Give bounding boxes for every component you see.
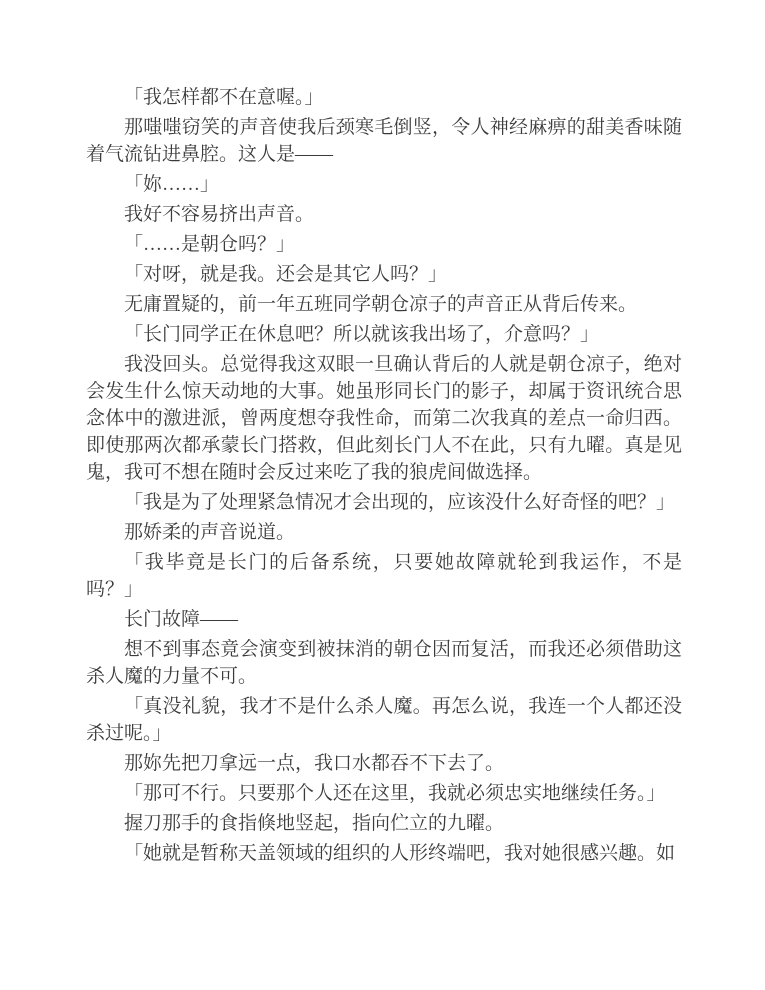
- paragraph: 「……是朝仓吗？」: [86, 231, 682, 258]
- paragraph: 无庸置疑的，前一年五班同学朝仓凉子的声音正从背后传来。: [86, 291, 682, 318]
- paragraph: 那娇柔的声音说道。: [86, 519, 682, 546]
- paragraph: 「那可不行。只要那个人还在这里，我就必须忠实地继续任务。」: [86, 780, 682, 807]
- paragraph: 那嗤嗤窃笑的声音使我后颈寒毛倒竖，令人神经麻痹的甜美香味随着气流钻进鼻腔。这人是…: [86, 114, 682, 168]
- paragraph: 「我是为了处理紧急情况才会出现的，应该没什么好奇怪的吧？」: [86, 489, 682, 516]
- paragraph: 「她就是暂称天盖领域的组织的人形终端吧，我对她很感兴趣。如: [86, 840, 682, 867]
- paragraph: 我没回头。总觉得我这双眼一旦确认背后的人就是朝仓凉子，绝对会发生什么惊天动地的大…: [86, 351, 682, 486]
- novel-page: 「我怎样都不在意喔。」 那嗤嗤窃笑的声音使我后颈寒毛倒竖，令人神经麻痹的甜美香味…: [0, 0, 765, 990]
- paragraph: 「真没礼貌，我才不是什么杀人魔。再怎么说，我连一个人都还没杀过呢。」: [86, 693, 682, 747]
- paragraph: 「长门同学正在休息吧？所以就该我出场了，介意吗？」: [86, 321, 682, 348]
- paragraph: 长门故障——: [86, 606, 682, 633]
- paragraph: 「妳……」: [86, 171, 682, 198]
- paragraph: 「我毕竟是长门的后备系统，只要她故障就轮到我运作，不是吗？」: [86, 549, 682, 603]
- paragraph: 那妳先把刀拿远一点，我口水都吞不下去了。: [86, 750, 682, 777]
- paragraph: 「对呀，就是我。还会是其它人吗？」: [86, 261, 682, 288]
- paragraph: 「我怎样都不在意喔。」: [86, 84, 682, 111]
- body-text: 「我怎样都不在意喔。」 那嗤嗤窃笑的声音使我后颈寒毛倒竖，令人神经麻痹的甜美香味…: [86, 84, 682, 870]
- paragraph: 握刀那手的食指倏地竖起，指向伫立的九曜。: [86, 810, 682, 837]
- paragraph: 想不到事态竟会演变到被抹消的朝仓因而复活，而我还必须借助这杀人魔的力量不可。: [86, 636, 682, 690]
- paragraph: 我好不容易挤出声音。: [86, 201, 682, 228]
